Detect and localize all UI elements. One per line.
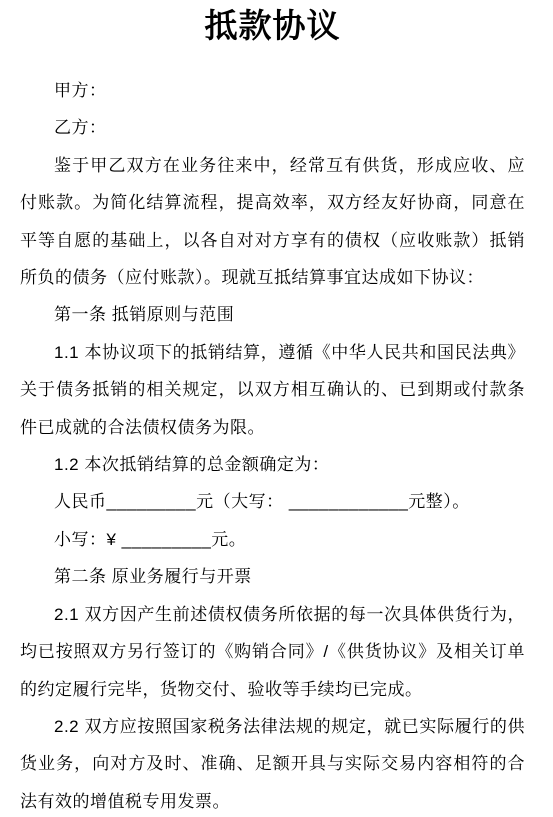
document-page: 抵款协议 甲方：乙方：鉴于甲乙双方在业务往来中，经常互有供货，形成应收、应付账款… <box>0 0 553 817</box>
clause-2-2: 2.2 双方应按照国家税务法律法规的规定，就已实际履行的供货业务，向对方及时、准… <box>20 708 525 817</box>
clause-2-1: 2.1 双方因产生前述债权债务所依据的每一次具体供货行为，均已按照双方另行签订的… <box>20 596 525 708</box>
article-2-heading: 第二条 原业务履行与开票 <box>20 558 525 595</box>
party-b-line: 乙方： <box>20 109 525 146</box>
clause-1-1: 1.1 本协议项下的抵销结算，遵循《中华人民共和国民法典》关于债务抵销的相关规定… <box>20 334 525 446</box>
amount-uppercase-line: 人民币_________元（大写： ____________元整）。 <box>20 483 525 520</box>
amount-numeric-line: 小写：¥ _________元。 <box>20 521 525 558</box>
document-body: 甲方：乙方：鉴于甲乙双方在业务往来中，经常互有供货，形成应收、应付账款。为简化结… <box>20 72 525 817</box>
preamble: 鉴于甲乙双方在业务往来中，经常互有供货，形成应收、应付账款。为简化结算流程，提高… <box>20 147 525 297</box>
article-1-heading: 第一条 抵销原则与范围 <box>20 296 525 333</box>
clause-1-2: 1.2 本次抵销结算的总金额确定为： <box>20 446 525 483</box>
document-title: 抵款协议 <box>20 6 525 46</box>
party-a-line: 甲方： <box>20 72 525 109</box>
